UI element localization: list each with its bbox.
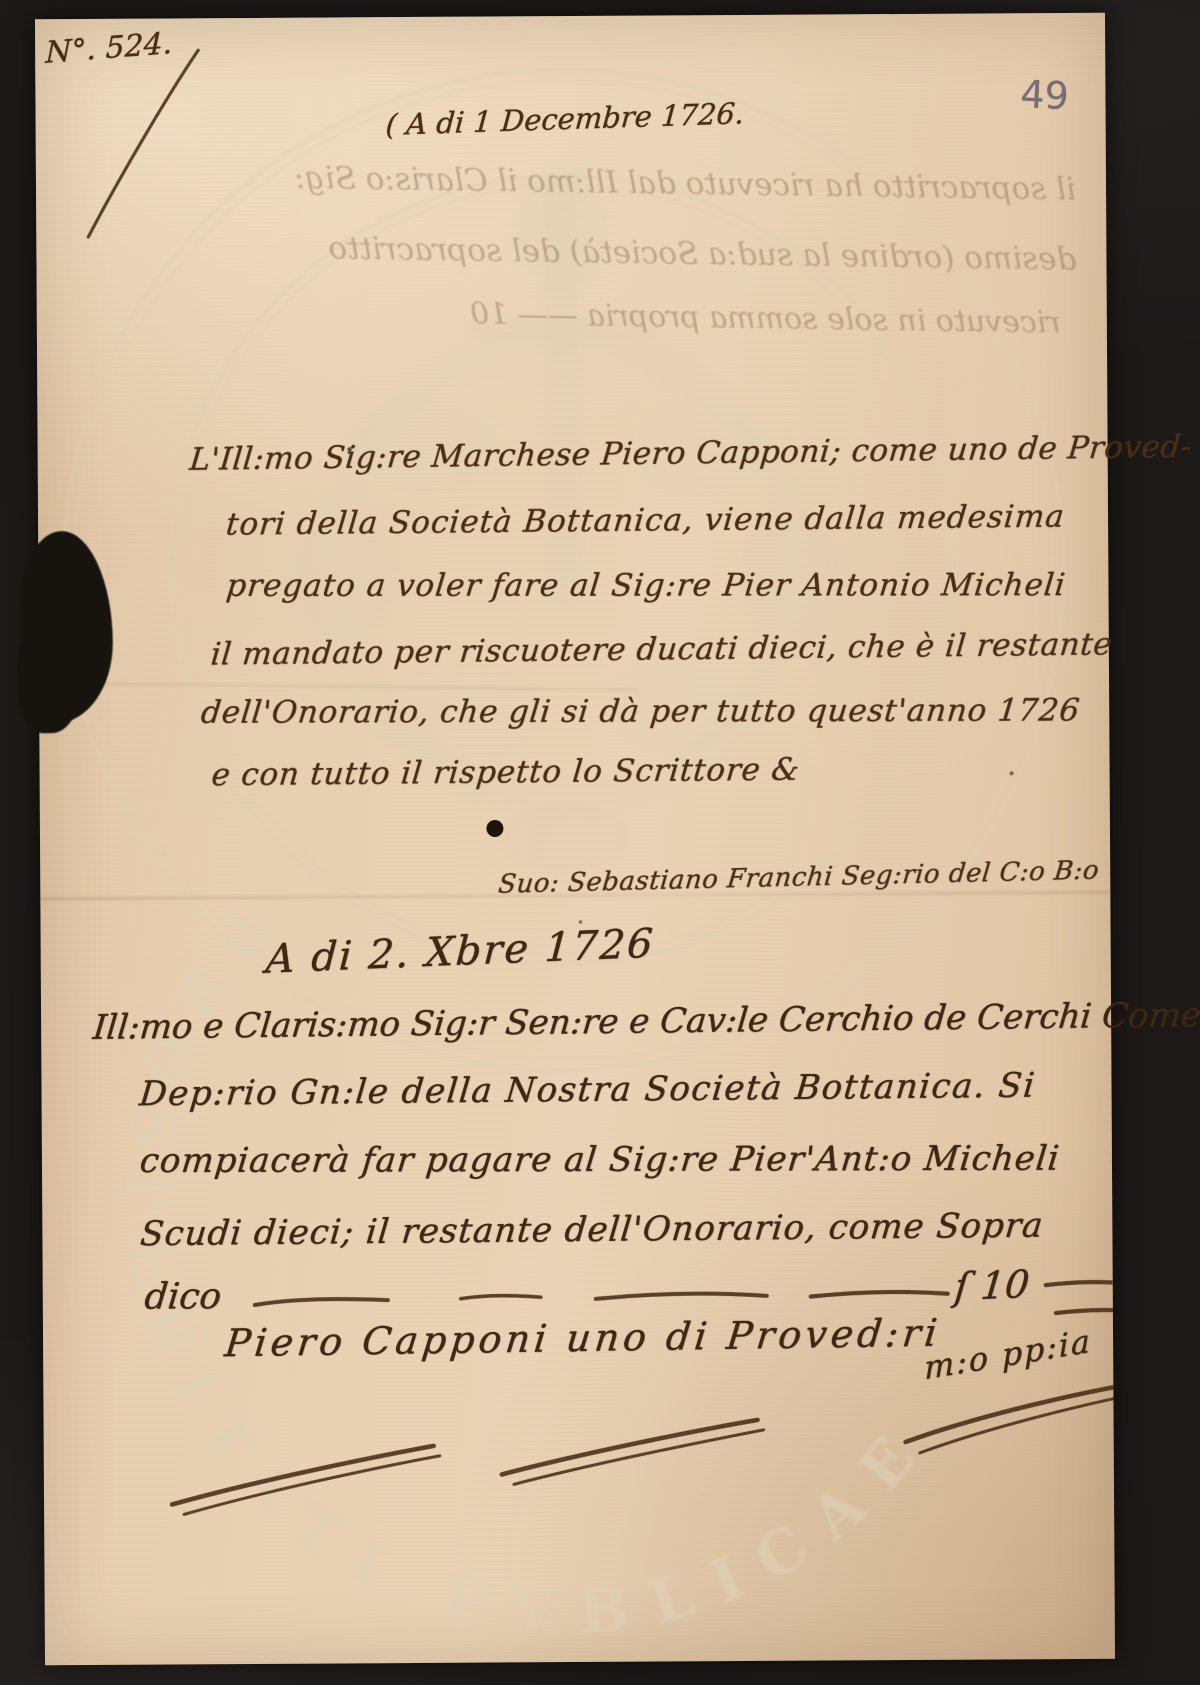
body-line: il mandato per riscuotere ducati dieci, … [209, 626, 1114, 672]
heading-date: ( A di 1 Decembre 1726. [384, 96, 745, 142]
body-line: tori della Società Bottanica, viene dall… [224, 499, 1066, 543]
archive-slash-stroke [87, 50, 199, 237]
bottom-flourish [172, 1446, 434, 1505]
body-line: Scudi dieci; il restante dell'Onorario, … [138, 1206, 1045, 1255]
bleedthrough-line: desimo (ordine la sud:a Società) del sop… [64, 227, 1076, 278]
signature-suffix: m:o pp:ia [924, 1321, 1092, 1387]
second-date: A di 2. Xbre 1726 [264, 921, 656, 983]
body-line: pregato a voler fare al Sig:re Pier Anto… [225, 567, 1068, 604]
body-line: dell'Onorario, che gli si dà per tutto q… [199, 692, 1081, 730]
amount-label: dico [143, 1276, 223, 1317]
bottom-flourish [502, 1420, 758, 1475]
bleedthrough-line: il sopracritto ha ricevuto dal Ill:mo il… [64, 157, 1076, 208]
paper-crease [39, 682, 638, 691]
body-line: L'Ill:mo Sig:re Marchese Piero Capponi; … [188, 429, 1193, 478]
secretary-signature: Suo: Sebastiano Franchi Seg:rio del C:o … [497, 856, 1101, 900]
archive-number: N°. 524. [45, 26, 172, 71]
body-line: Dep:rio Gn:le della Nostra Società Botta… [138, 1066, 1038, 1115]
bleedthrough-line: ricevuto in sole somma propria —— 10 [61, 291, 1061, 341]
body-line: compiacerà far pagare al Sig:re Pier'Ant… [138, 1139, 1062, 1181]
folio-number-pencil: 49 [1019, 72, 1069, 118]
body-line: e con tutto il rispetto lo Scrittore & [210, 752, 802, 794]
scan-background: PROSPERITATI PVBLICAE N°. 524. [0, 0, 1200, 1685]
manuscript-paper: PROSPERITATI PVBLICAE N°. 524. [35, 13, 1115, 1666]
body-line: Ill:mo e Claris:mo Sig:r Sen:re e Cav:le… [91, 995, 1200, 1048]
bottom-flourish [905, 1383, 1115, 1442]
amount-value: ſ 10 [953, 1262, 1032, 1309]
provveditore-signature: Piero Capponi uno di Proved:ri [223, 1311, 943, 1366]
